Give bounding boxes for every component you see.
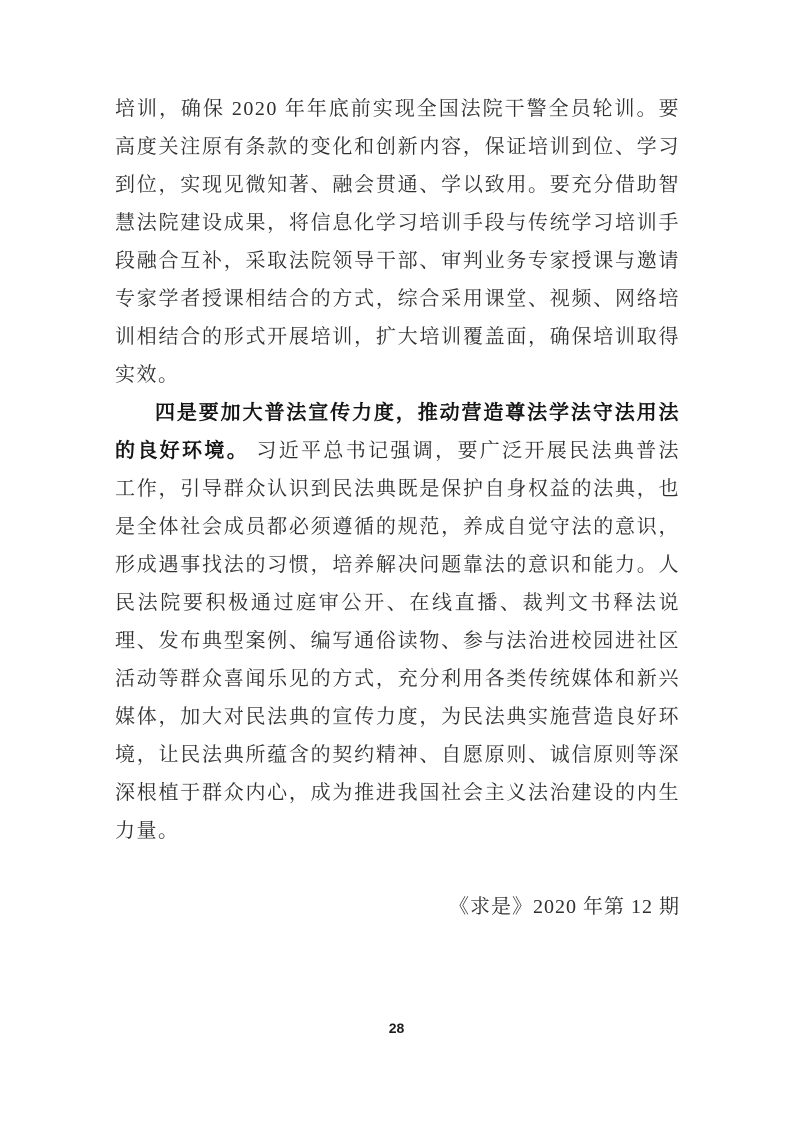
paragraph-training-continuation: 培训，确保 2020 年年底前实现全国法院干警全员轮训。要高度关注原有条款的变化…: [115, 90, 680, 394]
document-body: 培训，确保 2020 年年底前实现全国法院干警全员轮训。要高度关注原有条款的变化…: [115, 90, 680, 926]
page-number: 28: [0, 1020, 793, 1036]
paragraph-text: 培训，确保 2020 年年底前实现全国法院干警全员轮训。要高度关注原有条款的变化…: [115, 98, 680, 386]
paragraph-point-four: 四是要加大普法宣传力度，推动营造尊法学法守法用法的良好环境。 习近平总书记强调，…: [115, 394, 680, 850]
document-page: 培训，确保 2020 年年底前实现全国法院干警全员轮训。要高度关注原有条款的变化…: [0, 0, 793, 1122]
source-attribution: 《求是》2020 年第 12 期: [115, 888, 680, 926]
paragraph-text: 习近平总书记强调，要广泛开展民法典普法工作，引导群众认识到民法典既是保护自身权益…: [115, 440, 680, 842]
